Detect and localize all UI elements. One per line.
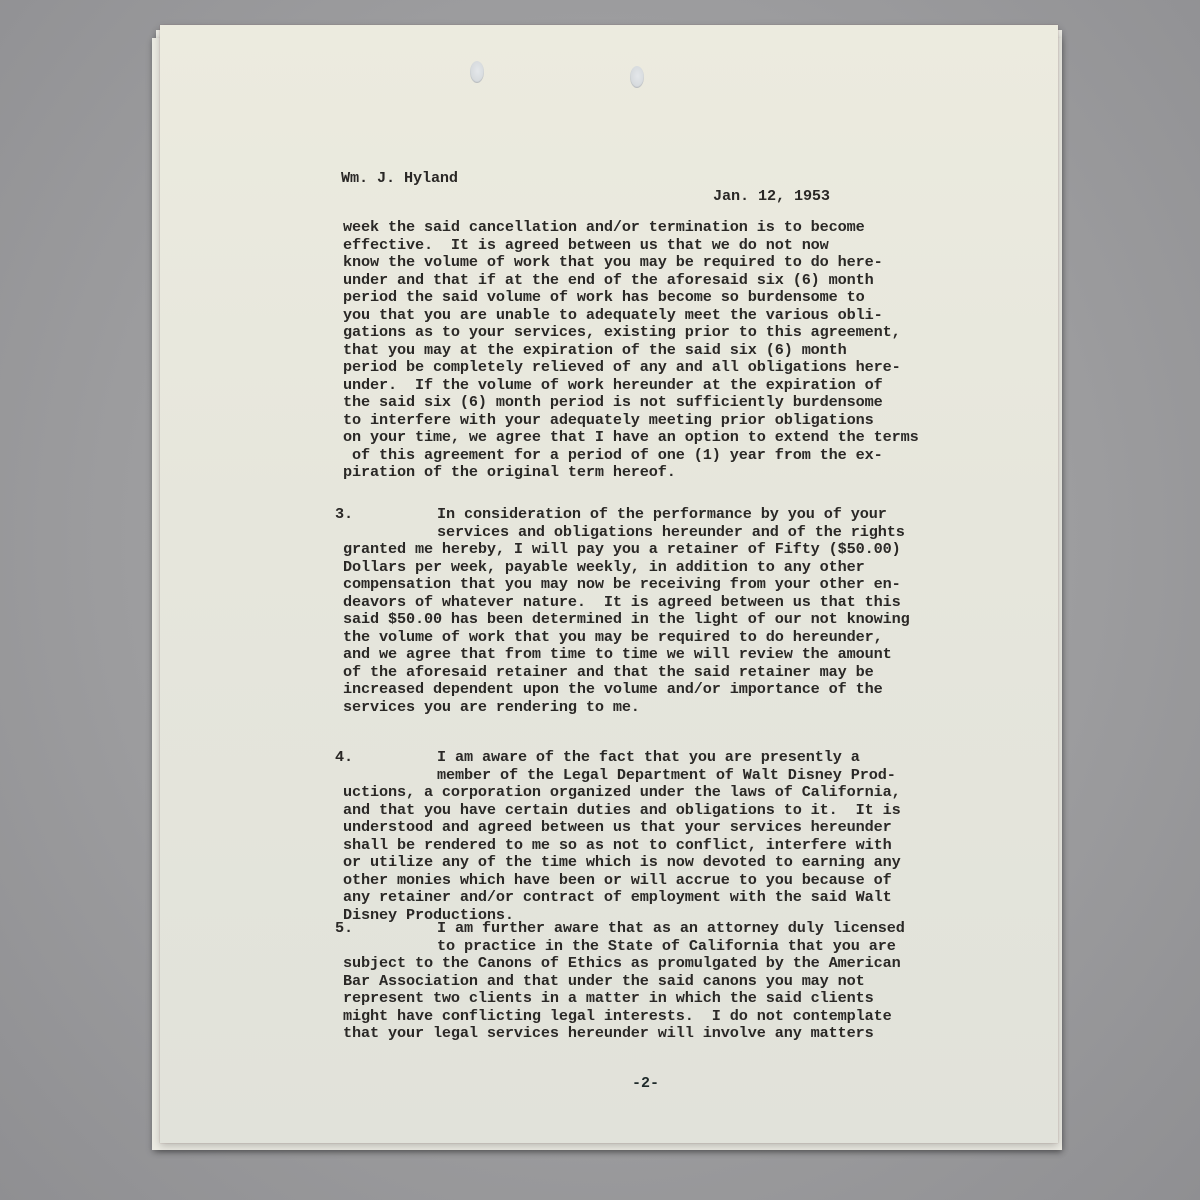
text-line: under and that if at the end of the afor…: [343, 272, 874, 290]
text-line: I am aware of the fact that you are pres…: [437, 749, 860, 767]
clause-number: 4.: [335, 749, 353, 767]
text-line: Dollars per week, payable weekly, in add…: [343, 559, 865, 577]
document-page: Wm. J. Hyland Jan. 12, 1953 week the sai…: [160, 25, 1058, 1143]
text-line: under. If the volume of work hereunder a…: [343, 377, 883, 395]
text-line: services you are rendering to me.: [343, 699, 640, 717]
text-line: Bar Association and that under the said …: [343, 973, 865, 991]
text-line: compensation that you may now be receivi…: [343, 576, 901, 594]
text-line: of the aforesaid retainer and that the s…: [343, 664, 874, 682]
text-line: on your time, we agree that I have an op…: [343, 429, 919, 447]
clause-number: 3.: [335, 506, 353, 524]
text-line: you that you are unable to adequately me…: [343, 307, 883, 325]
text-line: and that you have certain duties and obl…: [343, 802, 901, 820]
text-line: that you may at the expiration of the sa…: [343, 342, 847, 360]
text-line: member of the Legal Department of Walt D…: [437, 767, 896, 785]
text-line: the volume of work that you may be requi…: [343, 629, 883, 647]
text-line: week the said cancellation and/or termin…: [343, 219, 865, 237]
text-line: understood and agreed between us that yo…: [343, 819, 892, 837]
text-line: piration of the original term hereof.: [343, 464, 676, 482]
text-line: and we agree that from time to time we w…: [343, 646, 892, 664]
punch-hole: [630, 66, 644, 88]
text-line: of this agreement for a period of one (1…: [343, 447, 883, 465]
text-line: deavors of whatever nature. It is agreed…: [343, 594, 901, 612]
text-line: to practice in the State of California t…: [437, 938, 896, 956]
text-line: I am further aware that as an attorney d…: [437, 920, 905, 938]
clause-number: 5.: [335, 920, 353, 938]
text-line: shall be rendered to me so as not to con…: [343, 837, 892, 855]
text-line: the said six (6) month period is not suf…: [343, 394, 883, 412]
text-line: subject to the Canons of Ethics as promu…: [343, 955, 901, 973]
text-line: period the said volume of work has becom…: [343, 289, 865, 307]
page-number: -2-: [632, 1075, 659, 1092]
letter-date: Jan. 12, 1953: [713, 187, 830, 205]
text-line: In consideration of the performance by y…: [437, 506, 887, 524]
recipient-name: Wm. J. Hyland: [341, 169, 458, 187]
text-line: said $50.00 has been determined in the l…: [343, 611, 910, 629]
text-line: any retainer and/or contract of employme…: [343, 889, 892, 907]
text-line: represent two clients in a matter in whi…: [343, 990, 874, 1008]
text-line: or utilize any of the time which is now …: [343, 854, 901, 872]
text-line: know the volume of work that you may be …: [343, 254, 883, 272]
text-line: to interfere with your adequately meetin…: [343, 412, 874, 430]
text-line: gations as to your services, existing pr…: [343, 324, 901, 342]
text-line: uctions, a corporation organized under t…: [343, 784, 901, 802]
text-line: increased dependent upon the volume and/…: [343, 681, 883, 699]
page-header: Wm. J. Hyland Jan. 12, 1953: [341, 151, 941, 223]
text-line: might have conflicting legal interests. …: [343, 1008, 892, 1026]
text-line: granted me hereby, I will pay you a reta…: [343, 541, 901, 559]
text-line: effective. It is agreed between us that …: [343, 237, 829, 255]
text-line: that your legal services hereunder will …: [343, 1025, 874, 1043]
text-line: other monies which have been or will acc…: [343, 872, 892, 890]
text-line: services and obligations hereunder and o…: [437, 524, 905, 542]
punch-hole: [470, 61, 484, 83]
text-line: period be completely relieved of any and…: [343, 359, 901, 377]
